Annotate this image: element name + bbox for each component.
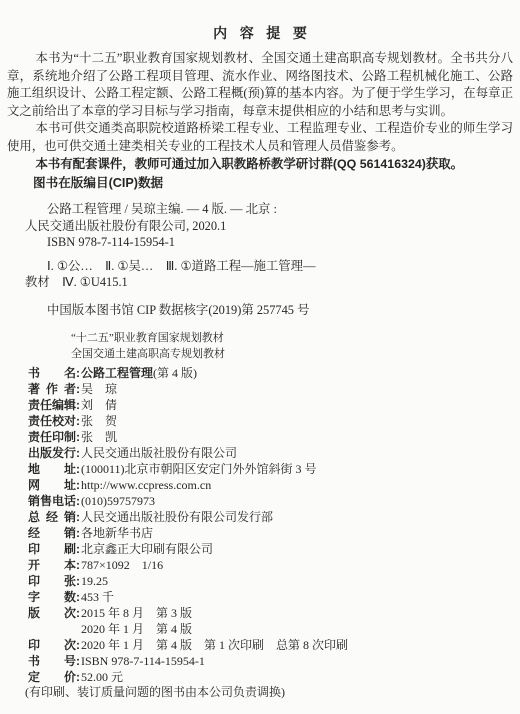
colophon-label: 版次 xyxy=(28,605,76,621)
colophon-row-print-supervisor: 责任印制:张 凯 xyxy=(28,429,520,445)
colophon-row-printer: 印刷:北京鑫正大印刷有限公司 xyxy=(28,541,520,557)
colophon-label: 书名 xyxy=(28,365,76,381)
series-names: “十二五”职业教育国家规划教材 全国交通土建高职高专规划教材 xyxy=(71,331,520,362)
colophon-value: (010)59757973 xyxy=(81,494,155,508)
colophon-value: 52.00 元 xyxy=(81,670,123,684)
colophon-value: ISBN 978-7-114-15954-1 xyxy=(81,654,205,668)
colophon-value: (第 4 版) xyxy=(153,366,197,380)
colophon-value: 吴 琼 xyxy=(81,382,117,396)
colophon-row-address: 地址:(100011)北京市朝阳区安定门外外馆斜街 3 号 xyxy=(28,461,520,477)
colophon-value: 人民交通出版社股份有限公司 xyxy=(81,446,237,460)
colophon-label: 书号 xyxy=(28,653,76,669)
colophon-value: 北京鑫正大印刷有限公司 xyxy=(81,542,213,556)
colophon-row-general-distributor: 总经销:人民交通出版社股份有限公司发行部 xyxy=(28,509,520,525)
cip-line: 中国版本图书馆 CIP 数据核字(2019)第 257745 号 xyxy=(25,302,520,319)
summary-paragraph-1: 本书为“十二五”职业教育国家规划教材、全国交通土建高职高专规划教材。全书共分八章… xyxy=(7,50,513,120)
colophon-value: 2020 年 1 月 第 4 版 第 1 次印刷 总第 8 次印刷 xyxy=(81,638,348,652)
colophon-value: 刘 倩 xyxy=(81,398,117,412)
colophon-label: 地址 xyxy=(28,461,76,477)
cip-line: ISBN 978-7-114-15954-1 xyxy=(25,234,520,251)
colophon-row-isbn: 书号:ISBN 978-7-114-15954-1 xyxy=(28,653,520,669)
colophon-row-author: 著作者:吴 琼 xyxy=(28,381,520,397)
cip-heading: 图书在版编目(CIP)数据 xyxy=(33,175,520,192)
quality-exchange-note: (有印刷、装订质量问题的图书由本公司负责调换) xyxy=(25,685,520,700)
colophon-value-strong: 公路工程管理 xyxy=(81,366,153,380)
colophon-label: 著作者 xyxy=(28,381,76,397)
colophon-value: (100011)北京市朝阳区安定门外外馆斜街 3 号 xyxy=(81,462,317,476)
colophon-value: 19.25 xyxy=(81,574,108,588)
colophon-label: 销售电话 xyxy=(28,493,76,509)
colophon-row-format: 开本:787×1092 1/16 xyxy=(28,557,520,573)
colophon-value: 2020 年 1 月 第 4 版 xyxy=(81,622,192,636)
colophon-row-sales-phone: 销售电话:(010)59757973 xyxy=(28,493,520,509)
colophon-label: 出版发行 xyxy=(28,445,76,461)
colophon-row-price: 定价:52.00 元 xyxy=(28,669,520,685)
colophon: 书名:公路工程管理(第 4 版) 著作者:吴 琼 责任编辑:刘 倩 责任校对:张… xyxy=(28,365,520,685)
colophon-row-executive-editor: 责任编辑:刘 倩 xyxy=(28,397,520,413)
colophon-label: 印张 xyxy=(28,573,76,589)
series-line-1: “十二五”职业教育国家规划教材 xyxy=(71,331,520,347)
colophon-label: 开本 xyxy=(28,557,76,573)
colophon-row-word-count: 字数:453 千 xyxy=(28,589,520,605)
colophon-row-proofreader: 责任校对:张 贺 xyxy=(28,413,520,429)
colophon-label: 印次 xyxy=(28,637,76,653)
colophon-label: 总经销 xyxy=(28,509,76,525)
cip-block: 公路工程管理 / 吴琼主编. — 4 版. — 北京 : 人民交通出版社股份有限… xyxy=(25,201,520,318)
summary-paragraph-2: 本书可供交通类高职院校道路桥梁工程专业、工程监理专业、工程造价专业的师生学习使用… xyxy=(7,120,513,155)
colophon-row-edition-continued: :2020 年 1 月 第 4 版 xyxy=(28,621,520,637)
colophon-row-publisher: 出版发行:人民交通出版社股份有限公司 xyxy=(28,445,520,461)
courseware-note: 本书有配套课件，教师可通过加入职教路桥教学研讨群(QQ 561416324)获取… xyxy=(7,156,513,174)
colophon-value: 人民交通出版社股份有限公司发行部 xyxy=(81,510,273,524)
colophon-label: 定价 xyxy=(28,669,76,685)
colophon-value: 张 凯 xyxy=(81,430,117,444)
cip-line: 公路工程管理 / 吴琼主编. — 4 版. — 北京 : xyxy=(25,201,520,218)
colophon-value: 各地新华书店 xyxy=(81,526,153,540)
cip-line: 人民交通出版社股份有限公司, 2020.1 xyxy=(25,218,520,235)
colophon-label: 印刷 xyxy=(28,541,76,557)
cip-line: Ⅰ. ①公… Ⅱ. ①吴… Ⅲ. ①道路工程—施工管理— xyxy=(25,258,520,275)
colophon-value: 453 千 xyxy=(81,590,114,604)
colophon-label: 责任校对 xyxy=(28,413,76,429)
book-copyright-page: 内容提要 本书为“十二五”职业教育国家规划教材、全国交通土建高职高专规划教材。全… xyxy=(0,0,520,700)
colophon-row-distributor: 经销:各地新华书店 xyxy=(28,525,520,541)
colophon-row-book-title: 书名:公路工程管理(第 4 版) xyxy=(28,365,520,381)
colophon-row-website: 网址:http://www.ccpress.com.cn xyxy=(28,477,520,493)
colophon-row-edition: 版次:2015 年 8 月 第 3 版 xyxy=(28,605,520,621)
content-summary: 本书为“十二五”职业教育国家规划教材、全国交通土建高职高专规划教材。全书共分八章… xyxy=(7,50,513,156)
colophon-value-url: http://www.ccpress.com.cn xyxy=(81,478,211,492)
colophon-value: 2015 年 8 月 第 3 版 xyxy=(81,606,192,620)
colophon-label: 网址 xyxy=(28,477,76,493)
colophon-row-sheets: 印张:19.25 xyxy=(28,573,520,589)
colophon-value: 787×1092 1/16 xyxy=(81,558,163,572)
page-title: 内容提要 xyxy=(0,0,520,41)
colophon-row-impression: 印次:2020 年 1 月 第 4 版 第 1 次印刷 总第 8 次印刷 xyxy=(28,637,520,653)
colophon-label: 责任印制 xyxy=(28,429,76,445)
cip-line: 教材 Ⅳ. ①U415.1 xyxy=(25,274,520,291)
colophon-value: 张 贺 xyxy=(81,414,117,428)
colophon-label: 经销 xyxy=(28,525,76,541)
colophon-label: 责任编辑 xyxy=(28,397,76,413)
series-line-2: 全国交通土建高职高专规划教材 xyxy=(71,347,520,363)
colophon-label: 字数 xyxy=(28,589,76,605)
